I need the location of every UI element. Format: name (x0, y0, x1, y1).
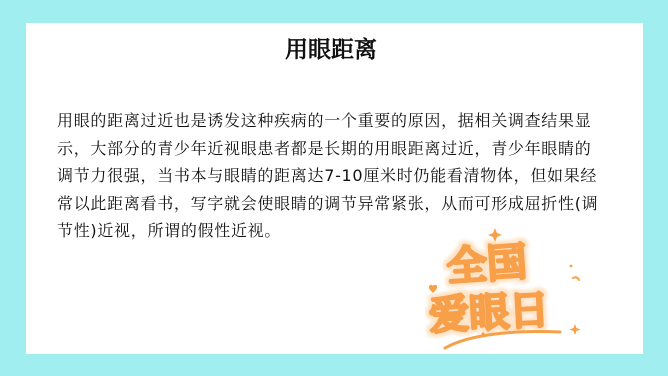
heart-icon (429, 285, 437, 293)
body-paragraph: 用眼的距离过近也是诱发这种疾病的一个重要的原因，据相关调查结果显 示，大部分的青… (57, 107, 603, 245)
logo-line1: 全国 (445, 239, 528, 290)
dot-icon (570, 265, 573, 268)
sparkle-icon (488, 228, 502, 242)
logo-text: 全国 爱眼日 (428, 239, 550, 339)
slide-title: 用眼距离 (26, 35, 636, 65)
sparkle-icon (573, 277, 579, 280)
body-line: 调节力很强，当书本与眼睛的距离达7-10厘米时仍能看清物体，但如果经 (57, 162, 603, 190)
sparkle-icon (570, 324, 581, 335)
dot-icon (481, 332, 484, 335)
national-eye-day-logo: 全国 爱眼日 (425, 226, 585, 351)
body-line: 用眼的距离过近也是诱发这种疾病的一个重要的原因，据相关调查结果显 (57, 107, 603, 135)
body-line: 示，大部分的青少年近视眼患者都是长期的用眼距离过近，青少年眼睛的 (57, 135, 603, 163)
body-line: 常以此距离看书，写字就会使眼睛的调节异常紧张，从而可形成屈折性(调 (57, 190, 603, 218)
slide-card: 用眼距离 用眼的距离过近也是诱发这种疾病的一个重要的原因，据相关调查结果显 示，… (26, 23, 643, 354)
